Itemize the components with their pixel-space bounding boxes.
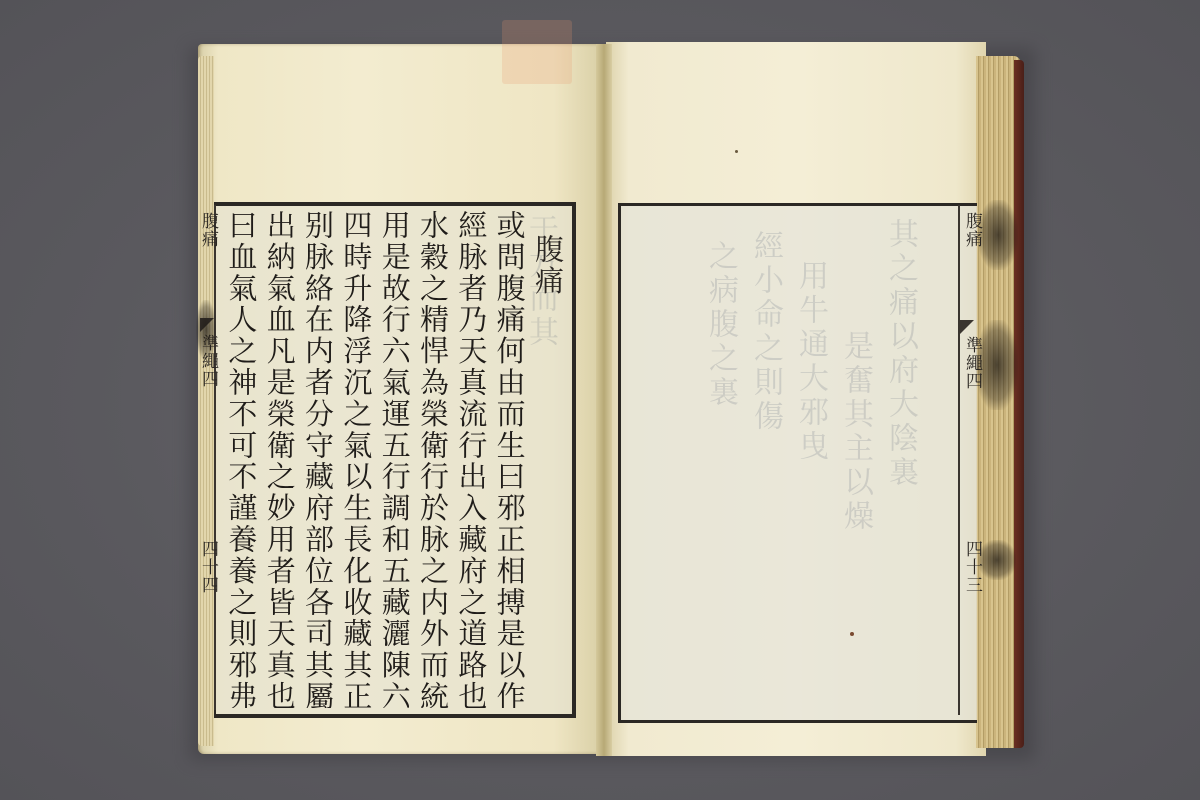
- left-text-columns: 腹痛 或問腹痛何由而生曰邪正相搏是以作痛夫 經脉者乃天真流行出入藏府之道路也所以…: [222, 210, 567, 708]
- ghost-column-1: 其之痛以府大陰裏: [880, 218, 920, 490]
- text-column-2: 經脉者乃天真流行出入藏府之道路也所以: [452, 210, 490, 708]
- left-banxin-page: 四十四: [196, 540, 221, 594]
- ghost-column-2: 是奮其主以燥: [835, 330, 875, 534]
- text-column-7: 出納氣血凡是榮衛之妙用者皆天真也故經: [260, 210, 298, 708]
- left-page-edge: [198, 56, 214, 746]
- text-column-4: 用是故行六氣運五行調和五藏灑陳六府法: [375, 210, 413, 708]
- text-column-3: 水穀之精悍為榮衛行於脉之内外而統大其: [414, 210, 452, 708]
- paper-spot: [735, 150, 738, 153]
- fore-edge-ink-2: [976, 320, 1018, 410]
- text-column-6: 别脉絡在内者分守藏府部位各司其屬與之: [299, 210, 337, 708]
- watermark-stamp: [502, 20, 572, 84]
- ghost-column-3: 用牛通大邪曳: [790, 260, 830, 464]
- left-banxin-border: [214, 205, 216, 710]
- paper-spot: [850, 632, 854, 636]
- book-gutter: [596, 44, 612, 756]
- fore-edge-ink-3: [978, 540, 1016, 580]
- fore-edge-ink-1: [978, 200, 1018, 270]
- ghost-column-5: 之病腹之裏: [700, 240, 740, 410]
- right-fishtail-mark: [960, 320, 974, 334]
- left-banxin-title: 腹痛: [196, 212, 221, 248]
- section-heading: 腹痛: [529, 210, 567, 708]
- text-column-8: 曰血氣人之神不可不謹養養之則邪弗能傷: [222, 210, 260, 708]
- left-edge-ink: [196, 300, 216, 360]
- right-banxin-border: [958, 205, 960, 715]
- ghost-column-4: 經小命之則傷: [745, 230, 785, 434]
- text-column-1: 或問腹痛何由而生曰邪正相搏是以作痛夫: [490, 210, 528, 708]
- text-column-5: 四時升降浮沉之氣以生長化收藏其正經之: [337, 210, 375, 708]
